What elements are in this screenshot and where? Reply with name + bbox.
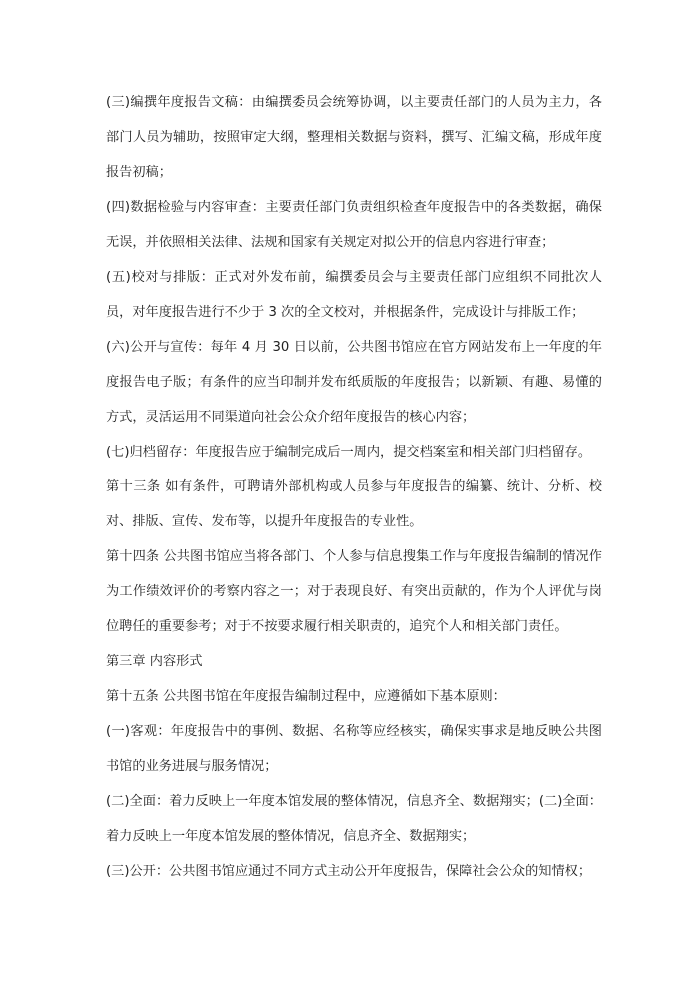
principle-comprehensive: (二)全面：着力反映上一年度本馆发展的整体情况，信息齐全、数据翔实；(二)全面：… <box>106 785 602 855</box>
paragraph-archive: (七)归档留存：年度报告应于编制完成后一周内，提交档案室和相关部门归档留存。 <box>106 436 602 471</box>
paragraph-data-review: (四)数据检验与内容审查：主要责任部门负责组织检查年度报告中的各类数据，确保无误… <box>106 191 602 261</box>
principle-objective: (一)客观：年度报告中的事例、数据、名称等应经核实，确保实事求是地反映公共图书馆… <box>106 715 602 785</box>
chapter-heading: 第三章 内容形式 <box>106 645 602 680</box>
principle-open: (三)公开：公共图书馆应通过不同方式主动公开年度报告，保障社会公众的知情权； <box>106 855 602 890</box>
paragraph-proofread-layout: (五)校对与排版：正式对外发布前，编撰委员会与主要责任部门应组织不同批次人员，对… <box>106 261 602 331</box>
document-page: (三)编撰年度报告文稿：由编撰委员会统筹协调，以主要责任部门的人员为主力，各部门… <box>106 86 602 890</box>
paragraph-compile-draft: (三)编撰年度报告文稿：由编撰委员会统筹协调，以主要责任部门的人员为主力，各部门… <box>106 86 602 191</box>
paragraph-publish-promote: (六)公开与宣传：每年 4 月 30 日以前，公共图书馆应在官方网站发布上一年度… <box>106 331 602 436</box>
article-14: 第十四条 公共图书馆应当将各部门、个人参与信息搜集工作与年度报告编制的情况作为工… <box>106 540 602 645</box>
article-15: 第十五条 公共图书馆在年度报告编制过程中，应遵循如下基本原则： <box>106 680 602 715</box>
article-13: 第十三条 如有条件，可聘请外部机构或人员参与年度报告的编纂、统计、分析、校对、排… <box>106 470 602 540</box>
